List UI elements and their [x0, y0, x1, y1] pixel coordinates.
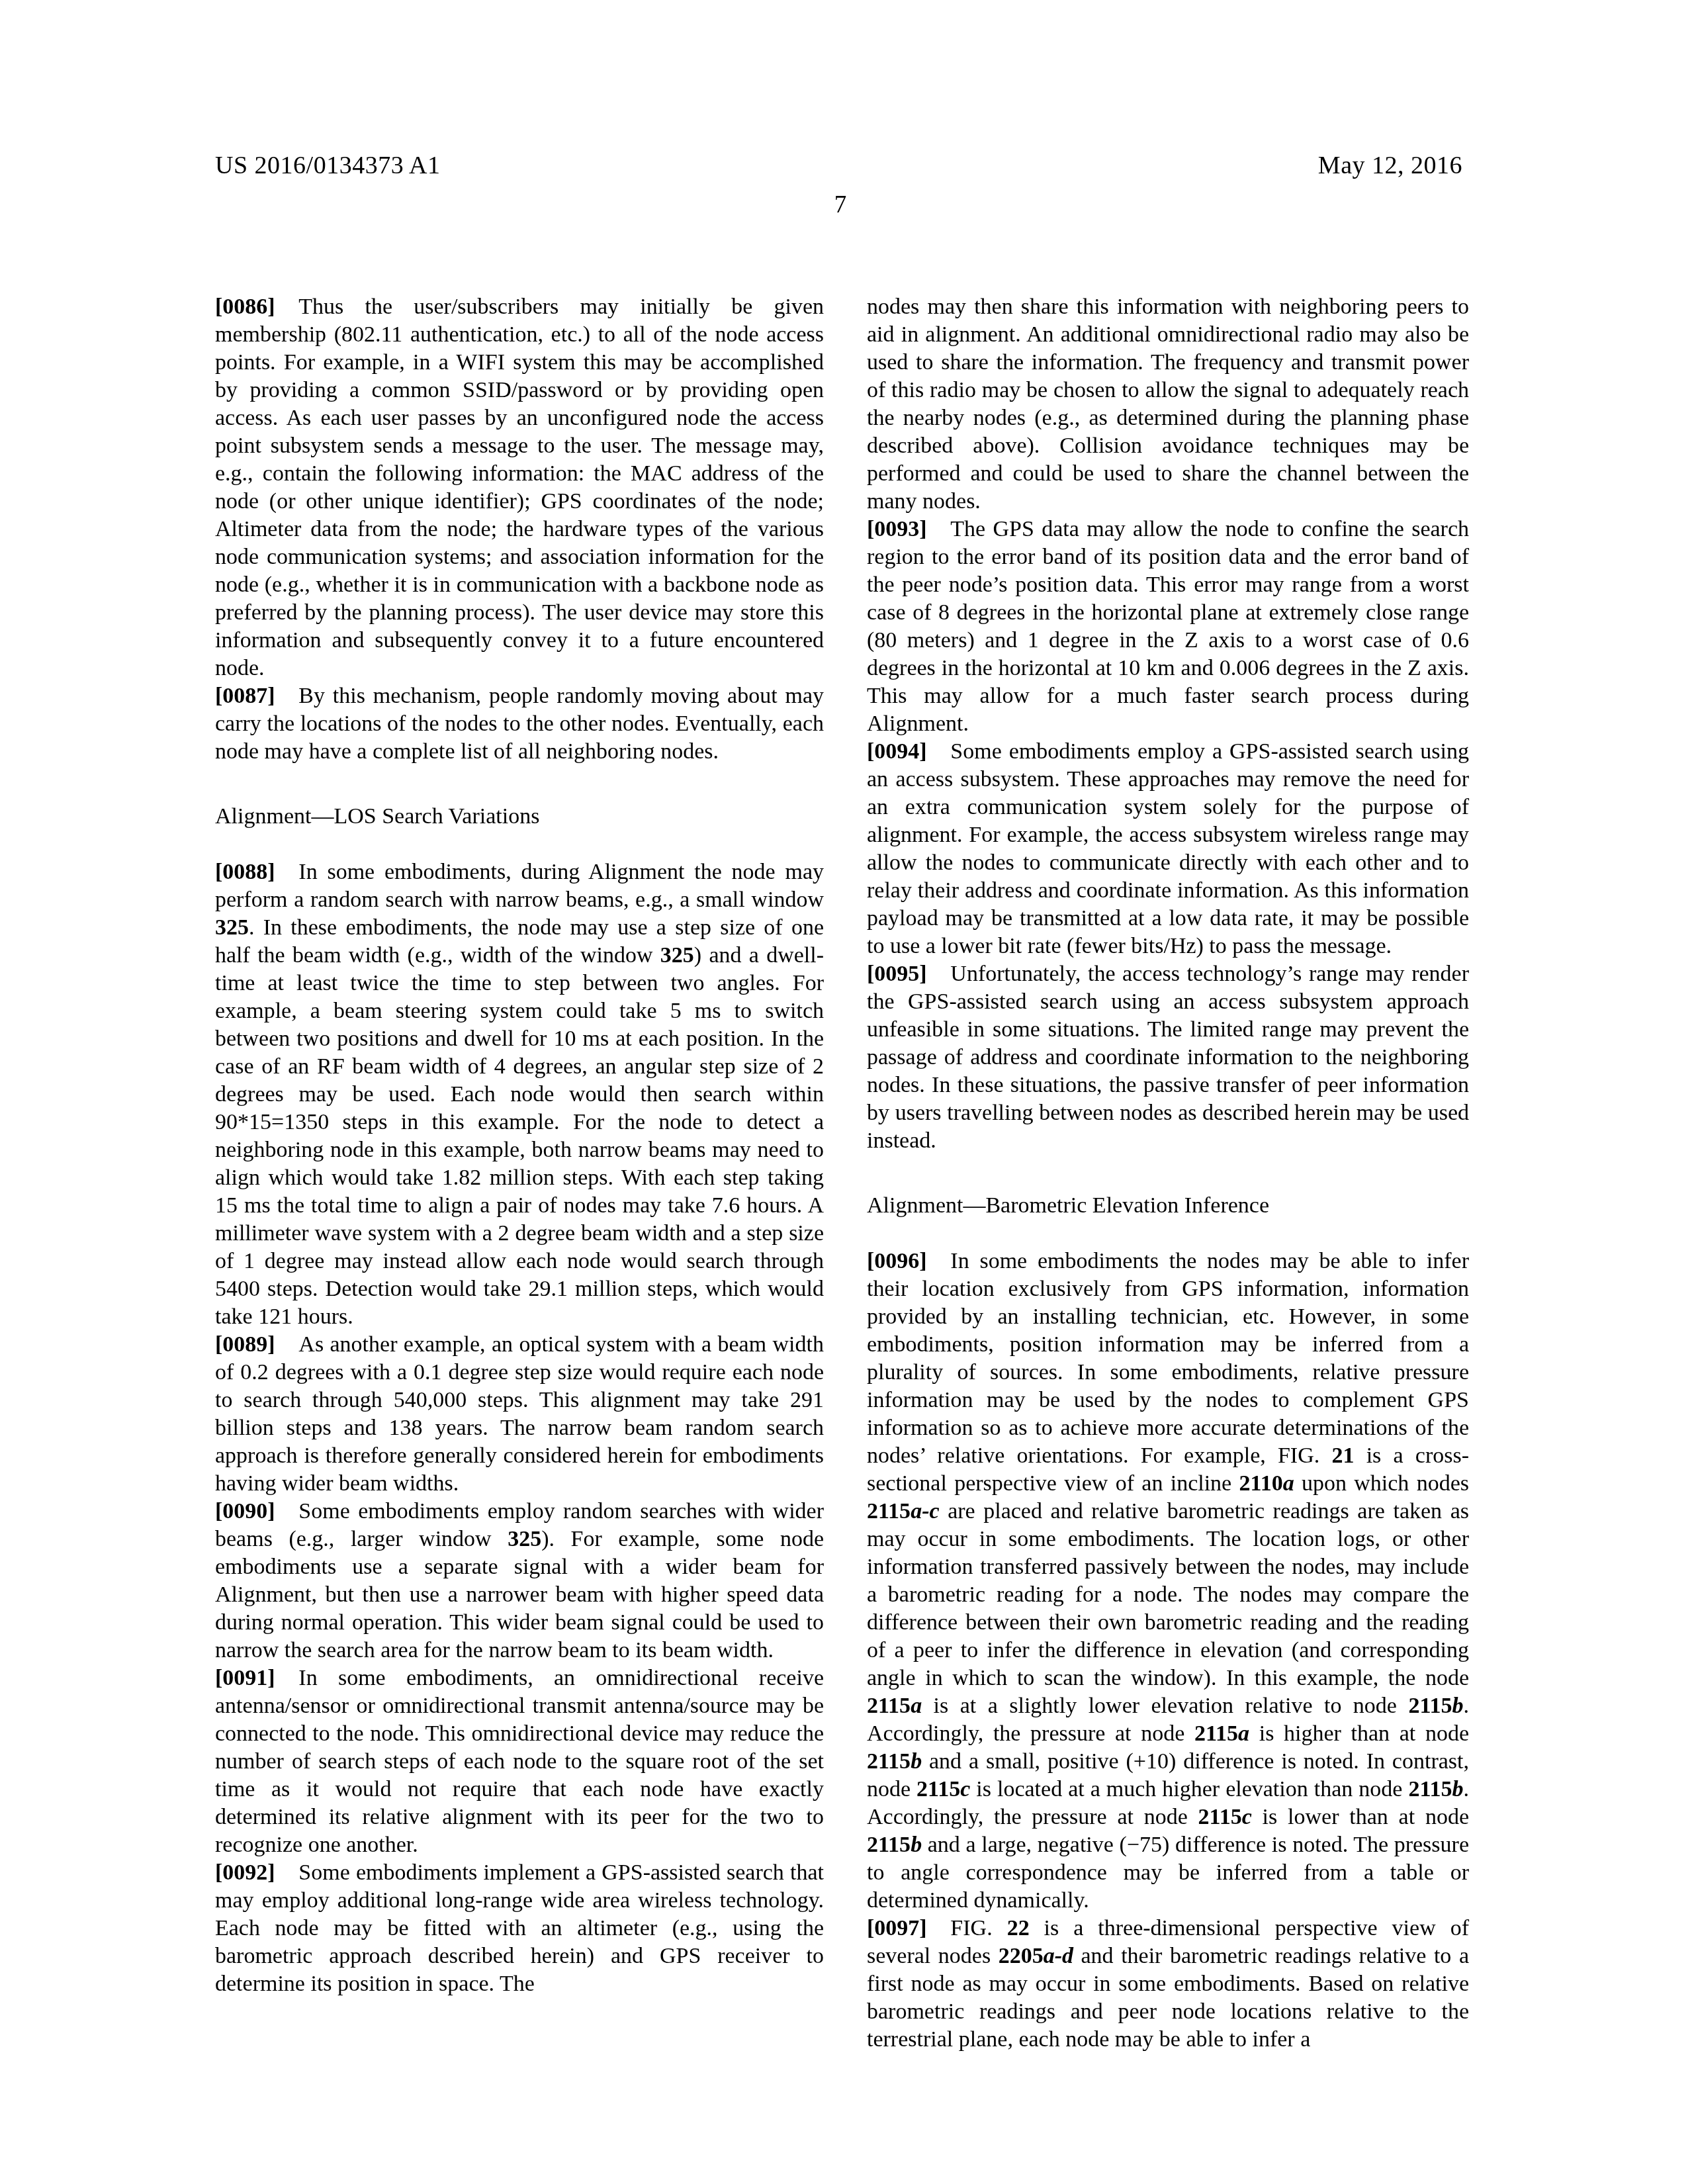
left-text-column: [0086]Thus the user/subscribers may init… — [215, 293, 824, 1998]
text-segment: Some embodiments implement a GPS-assiste… — [215, 1860, 824, 1996]
patent-number: US 2016/0134373 A1 — [215, 151, 440, 180]
text-segment: nodes may then share this information wi… — [867, 295, 1469, 514]
text-segment: Thus the user/subscribers may initially … — [215, 295, 824, 680]
text-segment: 2115 — [867, 1499, 911, 1524]
text-segment: b — [1452, 1777, 1464, 1801]
section-heading: Alignment—Barometric Elevation Inference — [867, 1192, 1469, 1220]
paragraph-0094: [0094]Some embodiments employ a GPS-assi… — [867, 738, 1469, 960]
right-text-column: nodes may then share this information wi… — [867, 293, 1469, 2054]
text-segment: 325 — [508, 1527, 541, 1551]
paragraph-0095: [0095]Unfortunately, the access technolo… — [867, 960, 1469, 1155]
text-segment: are placed and relative barometric readi… — [867, 1499, 1469, 1690]
text-segment: 325 — [215, 915, 249, 940]
text-segment: a-c — [911, 1499, 939, 1524]
text-segment: 2115 — [916, 1777, 960, 1801]
text-segment: 2115 — [867, 1694, 911, 1718]
text-segment: 21 — [1331, 1443, 1354, 1468]
paragraph-number: [0089] — [215, 1332, 275, 1357]
paragraph-number: [0090] — [215, 1499, 275, 1524]
patent-document-page: US 2016/0134373 A1 May 12, 2016 7 [0086]… — [0, 0, 1694, 2184]
paragraph-continued: nodes may then share this information wi… — [867, 293, 1469, 516]
paragraph-number: [0092] — [215, 1860, 275, 1885]
text-segment: In some embodiments the nodes may be abl… — [867, 1249, 1469, 1468]
text-segment: a-d — [1044, 1944, 1073, 1968]
text-segment: 2115 — [867, 1749, 911, 1774]
paragraph-0088: [0088]In some embodiments, during Alignm… — [215, 858, 824, 1331]
paragraph-0096: [0096]In some embodiments the nodes may … — [867, 1248, 1469, 1915]
paragraph-number: [0097] — [867, 1916, 927, 1940]
text-segment: The GPS data may allow the node to confi… — [867, 517, 1469, 736]
text-segment: and a large, negative (−75) difference i… — [867, 1833, 1469, 1913]
text-segment: is lower than at node — [1252, 1805, 1469, 1829]
text-segment: As another example, an optical system wi… — [215, 1332, 824, 1496]
paragraph-0092: [0092]Some embodiments implement a GPS-a… — [215, 1859, 824, 1998]
text-segment: 2115 — [1198, 1805, 1242, 1829]
paragraph-0097: [0097]FIG. 22 is a three-dimensional per… — [867, 1915, 1469, 2054]
text-segment: 22 — [1007, 1916, 1030, 1940]
paragraph-number: [0091] — [215, 1666, 275, 1690]
paragraph-number: [0086] — [215, 295, 275, 319]
text-segment: upon which nodes — [1294, 1471, 1469, 1496]
text-segment: a — [911, 1694, 922, 1718]
text-segment: Unfortunately, the access technology’s r… — [867, 962, 1469, 1153]
paragraph-number: [0093] — [867, 517, 927, 541]
text-segment: b — [911, 1749, 922, 1774]
paragraph-number: [0087] — [215, 684, 275, 708]
text-segment: 2115 — [1408, 1694, 1452, 1718]
paragraph-number: [0094] — [867, 739, 927, 764]
text-segment: a — [1238, 1721, 1249, 1746]
section-heading: Alignment—LOS Search Variations — [215, 803, 824, 831]
text-segment: In some embodiments, during Alignment th… — [215, 860, 824, 912]
text-segment: By this mechanism, people randomly movin… — [215, 684, 824, 764]
publication-date: May 12, 2016 — [1318, 151, 1462, 180]
text-segment: is at a slightly lower elevation relativ… — [922, 1694, 1408, 1718]
text-segment: b — [911, 1833, 922, 1857]
paragraph-number: [0096] — [867, 1249, 927, 1273]
paragraph-0087: [0087]By this mechanism, people randomly… — [215, 682, 824, 766]
text-segment: c — [1242, 1805, 1252, 1829]
paragraph-number: [0088] — [215, 860, 275, 884]
paragraph-0089: [0089]As another example, an optical sys… — [215, 1331, 824, 1498]
text-segment: 2110 — [1239, 1471, 1283, 1496]
text-segment: 2115 — [1194, 1721, 1238, 1746]
text-segment: ) and a dwell-time at least twice the ti… — [215, 943, 824, 1329]
paragraph-0091: [0091]In some embodiments, an omnidirect… — [215, 1664, 824, 1859]
text-segment: 2115 — [867, 1833, 911, 1857]
text-segment: Some embodiments employ a GPS-assisted s… — [867, 739, 1469, 958]
text-segment: In some embodiments, an omnidirectional … — [215, 1666, 824, 1857]
text-segment: is located at a much higher elevation th… — [970, 1777, 1408, 1801]
paragraph-0090: [0090]Some embodiments employ random sea… — [215, 1498, 824, 1664]
paragraph-0093: [0093]The GPS data may allow the node to… — [867, 516, 1469, 738]
text-segment: 325 — [660, 943, 694, 968]
paragraph-number: [0095] — [867, 962, 927, 986]
text-segment: 2205 — [999, 1944, 1044, 1968]
text-segment: FIG. — [950, 1916, 1006, 1940]
text-segment: b — [1452, 1694, 1464, 1718]
text-segment: 2115 — [1408, 1777, 1452, 1801]
text-segment: c — [960, 1777, 970, 1801]
text-segment: is higher than at node — [1249, 1721, 1469, 1746]
paragraph-0086: [0086]Thus the user/subscribers may init… — [215, 293, 824, 682]
page-number: 7 — [215, 191, 1466, 219]
text-segment: a — [1283, 1471, 1294, 1496]
